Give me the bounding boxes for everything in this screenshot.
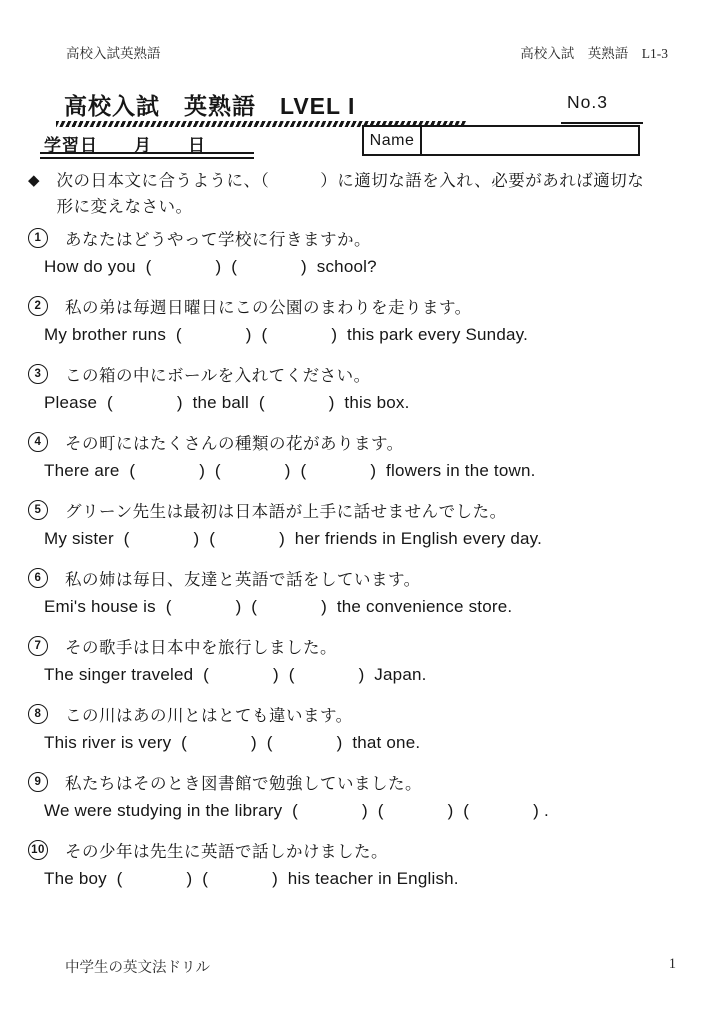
page-number: 1 xyxy=(669,956,676,977)
question-item-7: 7 その歌手は日本中を旅行しました。 The singer traveled (… xyxy=(28,634,700,691)
question-en-text: There are ( ) ( ) ( ) flowers in the tow… xyxy=(44,461,700,487)
question-en-text: The boy ( ) ( ) his teacher in English. xyxy=(44,869,700,895)
question-en-text: This river is very ( ) ( ) that one. xyxy=(44,733,700,759)
worksheet-page: 高校入試英熟語 高校入試 英熟語 L1-3 高校入試 英熟語 LVEL I No… xyxy=(0,0,724,1024)
question-item-9: 9 私たちはそのとき図書館で勉強していました。 We were studying… xyxy=(28,770,700,827)
question-number-badge: 9 xyxy=(28,772,48,792)
question-jp-text: その町にはたくさんの種類の花があります。 xyxy=(65,430,404,454)
name-label: Name xyxy=(364,127,422,154)
question-number-badge: 5 xyxy=(28,500,48,520)
instruction: ◆ 次の日本文に合うように、（ ）に適切な語を入れ、必要があれば適切な 形に変え… xyxy=(28,168,688,220)
footer-title: 中学生の英文法ドリル xyxy=(65,956,210,977)
sheet-number-underline xyxy=(561,122,643,124)
question-jp-text: この箱の中にボールを入れてください。 xyxy=(65,362,371,386)
question-jp-text: 私の弟は毎週日曜日にこの公園のまわりを走ります。 xyxy=(65,294,472,318)
question-list: 1 あなたはどうやって学校に行きますか。 How do you ( ) ( ) … xyxy=(28,226,700,906)
running-header-right: 高校入試 英熟語 L1-3 xyxy=(520,42,668,62)
question-en-text: Emi's house is ( ) ( ) the convenience s… xyxy=(44,597,700,623)
question-item-6: 6 私の姉は毎日、友達と英語で話をしています。 Emi's house is (… xyxy=(28,566,700,623)
question-number-badge: 8 xyxy=(28,704,48,724)
question-item-3: 3 この箱の中にボールを入れてください。 Please ( ) the ball… xyxy=(28,362,700,419)
sheet-number: No.3 xyxy=(567,92,608,113)
question-en-text: The singer traveled ( ) ( ) Japan. xyxy=(44,665,700,691)
question-en-text: My sister ( ) ( ) her friends in English… xyxy=(44,529,700,555)
running-header-left: 高校入試英熟語 xyxy=(66,42,161,62)
question-number-badge: 3 xyxy=(28,364,48,384)
question-jp-text: この川はあの川とはとても違います。 xyxy=(65,702,353,726)
question-number-badge: 2 xyxy=(28,296,48,316)
question-jp-text: 私の姉は毎日、友達と英語で話をしています。 xyxy=(65,566,421,590)
question-number-badge: 7 xyxy=(28,636,48,656)
question-jp-text: あなたはどうやって学校に行きますか。 xyxy=(65,226,371,250)
question-jp-text: グリーン先生は最初は日本語が上手に話せませんでした。 xyxy=(65,498,507,522)
question-en-text: Please ( ) the ball ( ) this box. xyxy=(44,393,700,419)
question-jp-text: その歌手は日本中を旅行しました。 xyxy=(65,634,337,658)
question-jp-text: その少年は先生に英語で話しかけました。 xyxy=(65,838,388,862)
name-box: Name xyxy=(362,125,640,156)
question-item-8: 8 この川はあの川とはとても違います。 This river is very (… xyxy=(28,702,700,759)
instruction-text: 次の日本文に合うように、（ ）に適切な語を入れ、必要があれば適切な 形に変えなさ… xyxy=(57,168,645,220)
study-date-underline xyxy=(40,152,254,159)
page-footer: 中学生の英文法ドリル 1 xyxy=(65,956,676,977)
question-item-1: 1 あなたはどうやって学校に行きますか。 How do you ( ) ( ) … xyxy=(28,226,700,283)
question-item-4: 4 その町にはたくさんの種類の花があります。 There are ( ) ( )… xyxy=(28,430,700,487)
question-jp-text: 私たちはそのとき図書館で勉強していました。 xyxy=(65,770,422,794)
running-header: 高校入試英熟語 高校入試 英熟語 L1-3 xyxy=(66,42,668,62)
question-en-text: We were studying in the library ( ) ( ) … xyxy=(44,801,700,827)
question-number-badge: 6 xyxy=(28,568,48,588)
question-number-badge: 1 xyxy=(28,228,48,248)
question-item-5: 5 グリーン先生は最初は日本語が上手に話せませんでした。 My sister (… xyxy=(28,498,700,555)
question-en-text: How do you ( ) ( ) school? xyxy=(44,257,700,283)
diamond-icon: ◆ xyxy=(28,168,40,220)
name-input[interactable] xyxy=(422,127,638,154)
question-item-10: 10 その少年は先生に英語で話しかけました。 The boy ( ) ( ) h… xyxy=(28,838,700,895)
question-number-badge: 4 xyxy=(28,432,48,452)
question-number-badge: 10 xyxy=(28,840,48,860)
worksheet-title: 高校入試 英熟語 LVEL I xyxy=(64,88,355,121)
question-en-text: My brother runs ( ) ( ) this park every … xyxy=(44,325,700,351)
question-item-2: 2 私の弟は毎週日曜日にこの公園のまわりを走ります。 My brother ru… xyxy=(28,294,700,351)
